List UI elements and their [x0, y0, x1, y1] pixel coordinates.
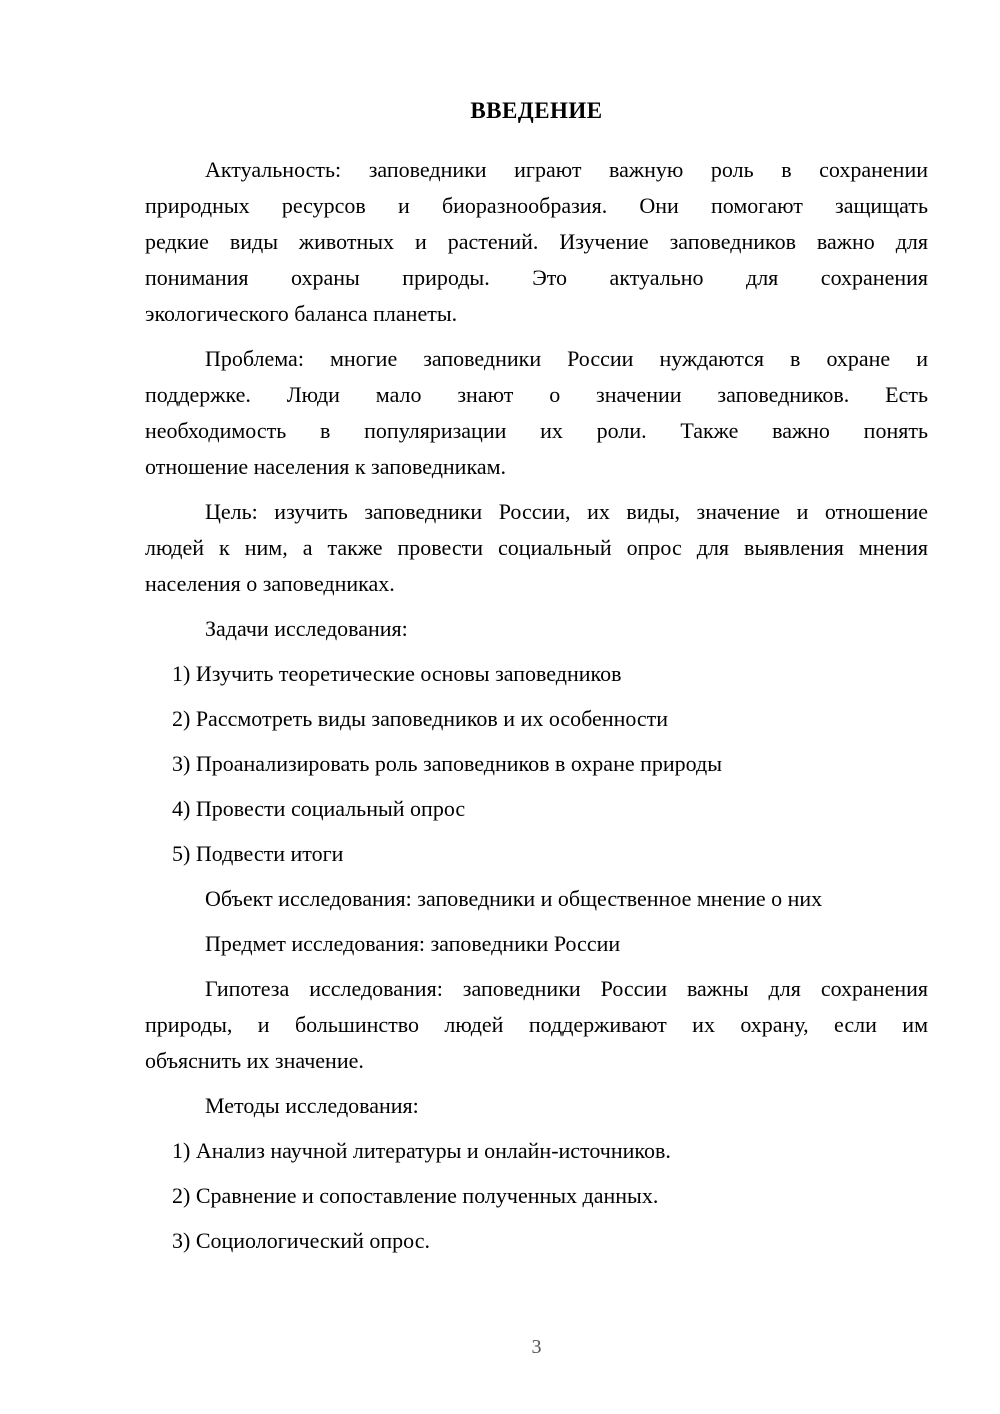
text-line: редкие виды животных и растений. Изучени… — [145, 224, 928, 260]
text-line: людей к ним, а также провести социальный… — [145, 530, 928, 566]
text-line: Предмет исследования: заповедники России — [145, 926, 928, 962]
task-item-1: 1) Изучить теоретические основы заповедн… — [172, 656, 928, 692]
text-line: Задачи исследования: — [145, 611, 928, 647]
methods-heading: Методы исследования: — [145, 1088, 928, 1124]
text-line: Гипотеза исследования: заповедники Росси… — [145, 971, 928, 1007]
text-line: отношение населения к заповедникам. — [145, 449, 928, 485]
paragraph-relevance: Актуальность: заповедники играют важную … — [145, 152, 928, 332]
paragraph-hypothesis: Гипотеза исследования: заповедники Росси… — [145, 971, 928, 1079]
page-number: 3 — [145, 1334, 928, 1360]
task-item-2: 2) Рассмотреть виды заповедников и их ос… — [172, 701, 928, 737]
text-line: Цель: изучить заповедники России, их вид… — [145, 494, 928, 530]
text-line: природных ресурсов и биоразнообразия. Он… — [145, 188, 928, 224]
text-line: экологического баланса планеты. — [145, 296, 928, 332]
text-line: населения о заповедниках. — [145, 566, 928, 602]
paragraph-goal: Цель: изучить заповедники России, их вид… — [145, 494, 928, 602]
text-line: Актуальность: заповедники играют важную … — [145, 152, 928, 188]
paragraph-object: Объект исследования: заповедники и общес… — [145, 881, 928, 917]
text-line: Проблема: многие заповедники России нужд… — [145, 341, 928, 377]
text-line: Объект исследования: заповедники и общес… — [145, 881, 928, 917]
text-line: поддержке. Люди мало знают о значении за… — [145, 377, 928, 413]
method-item-1: 1) Анализ научной литературы и онлайн-ис… — [172, 1133, 928, 1169]
tasks-heading: Задачи исследования: — [145, 611, 928, 647]
task-item-5: 5) Подвести итоги — [172, 836, 928, 872]
page-title: ВВЕДЕНИЕ — [145, 96, 928, 126]
text-line: необходимость в популяризации их роли. Т… — [145, 413, 928, 449]
paragraph-problem: Проблема: многие заповедники России нужд… — [145, 341, 928, 485]
paragraph-subject: Предмет исследования: заповедники России — [145, 926, 928, 962]
method-item-3: 3) Социологический опрос. — [172, 1223, 928, 1259]
text-line: природы, и большинство людей поддерживаю… — [145, 1007, 928, 1043]
document-page: ВВЕДЕНИЕ Актуальность: заповедники играю… — [0, 0, 1000, 1414]
task-item-4: 4) Провести социальный опрос — [172, 791, 928, 827]
task-item-3: 3) Проанализировать роль заповедников в … — [172, 746, 928, 782]
text-line: объяснить их значение. — [145, 1043, 928, 1079]
text-line: Методы исследования: — [145, 1088, 928, 1124]
method-item-2: 2) Сравнение и сопоставление полученных … — [172, 1178, 928, 1214]
text-line: понимания охраны природы. Это актуально … — [145, 260, 928, 296]
